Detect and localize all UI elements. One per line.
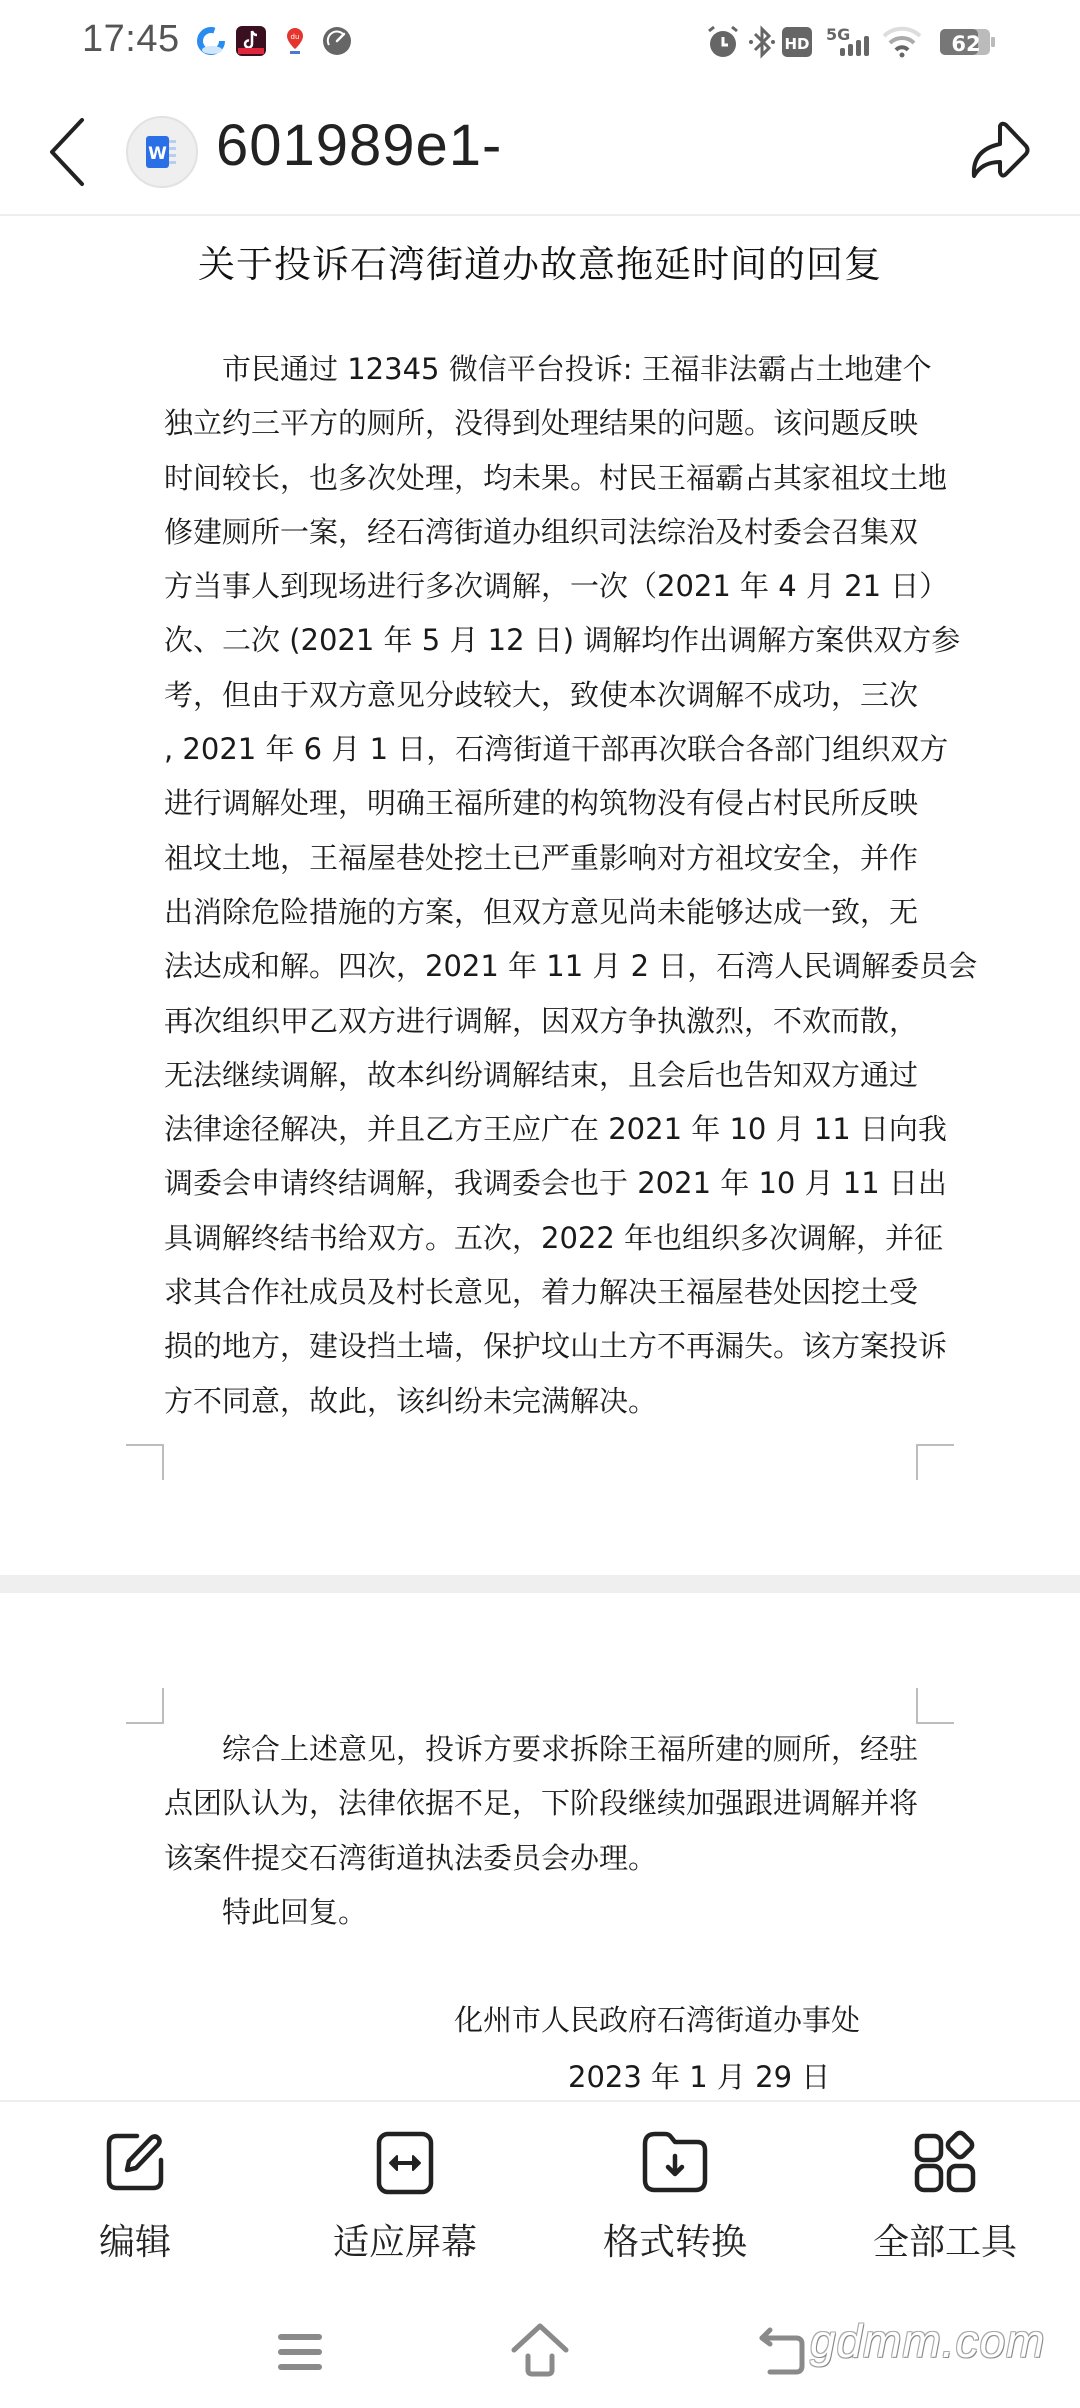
word-file-icon: W <box>126 116 198 188</box>
text-line: 独立约三平方的厕所，没得到处理结果的问题。该问题反映 <box>164 396 916 450</box>
text-line: 综合上述意见，投诉方要求拆除王福所建的厕所，经驻 <box>164 1722 916 1776</box>
all-tools-icon <box>913 2130 977 2194</box>
text-line: 祖坟土地，王福屋巷处挖土已严重影响对方祖坟安全，并作 <box>164 831 916 885</box>
format-convert-label: 格式转换 <box>540 2214 810 2265</box>
back-icon <box>752 2322 816 2382</box>
format-convert-icon <box>641 2130 709 2194</box>
recent-apps-button[interactable] <box>268 2322 332 2382</box>
page-margin-mark <box>916 1444 954 1480</box>
share-button[interactable] <box>958 110 1038 190</box>
text-line: 法达成和解。四次，2021 年 11 月 2 日，石湾人民调解委员会 <box>164 939 916 993</box>
wifi-icon <box>882 24 922 60</box>
bluetooth-icon <box>748 24 776 60</box>
paragraph-1: 市民通过 12345 微信平台投诉: 王福非法霸占土地建个 独立约三平方的厕所，… <box>164 342 916 1428</box>
alarm-icon <box>706 24 740 60</box>
text-line: 无法继续调解，故本纠纷调解结束，且会后也告知双方通过 <box>164 1048 916 1102</box>
text-line: 再次组织甲乙双方进行调解，因双方争执激烈，不欢而散， <box>164 994 916 1048</box>
chevron-left-icon <box>40 112 100 192</box>
document-heading: 关于投诉石湾街道办故意拖延时间的回复 <box>0 234 1080 288</box>
text-line: 方当事人到现场进行多次调解，一次（2021 年 4 月 21 日） <box>164 559 916 613</box>
text-line: 具调解终结书给双方。五次，2022 年也组织多次调解，并征 <box>164 1211 916 1265</box>
text-line: 方不同意，故此，该纠纷未完满解决。 <box>164 1374 916 1428</box>
text-line: , 2021 年 6 月 1 日，石湾街道干部再次联合各部门组织双方 <box>164 722 916 776</box>
page-margin-mark <box>916 1688 954 1724</box>
page-break <box>0 1575 1080 1593</box>
watermark: gdmm.com <box>810 2314 1045 2368</box>
menu-icon <box>268 2322 332 2382</box>
edit-label: 编辑 <box>0 2214 270 2265</box>
svg-text:HD: HD <box>784 35 809 53</box>
home-icon <box>508 2322 572 2382</box>
share-icon <box>958 110 1038 190</box>
document-title: 601989e1- <box>216 112 502 179</box>
system-nav-bar: gdmm.com <box>0 2296 1080 2408</box>
fit-screen-icon <box>375 2130 435 2196</box>
paragraph-2: 综合上述意见，投诉方要求拆除王福所建的厕所，经驻 点团队认为，法律依据不足，下阶… <box>164 1722 916 1939</box>
back-button[interactable] <box>40 112 100 192</box>
hd-icon: HD <box>782 24 812 60</box>
text-line: 市民通过 12345 微信平台投诉: 王福非法霸占土地建个 <box>164 342 916 396</box>
signature-date: 2023 年 1 月 29 日 <box>568 2055 830 2096</box>
svg-text:du: du <box>291 33 300 41</box>
all-tools-label: 全部工具 <box>810 2214 1080 2265</box>
baidu-map-icon: du <box>280 26 310 56</box>
home-button[interactable] <box>508 2322 572 2382</box>
text-line: 时间较长，也多次处理，均未果。村民王福霸占其家祖坟土地 <box>164 451 916 505</box>
text-line: 次、二次 (2021 年 5 月 12 日) 调解均作出调解方案供双方参 <box>164 613 916 667</box>
format-convert-button[interactable]: 格式转换 <box>540 2102 810 2296</box>
signature-organization: 化州市人民政府石湾街道办事处 <box>454 1998 860 2039</box>
status-time: 17:45 <box>82 18 180 61</box>
text-line: 法律途径解决，并且乙方王应广在 2021 年 10 月 11 日向我 <box>164 1102 916 1156</box>
document-view[interactable]: 关于投诉石湾街道办故意拖延时间的回复 市民通过 12345 微信平台投诉: 王福… <box>0 218 1080 2100</box>
fit-screen-label: 适应屏幕 <box>270 2214 540 2265</box>
browser-icon <box>196 26 226 56</box>
text-line: 出消除危险措施的方案，但双方意见尚未能够达成一致，无 <box>164 885 916 939</box>
tiktok-icon <box>236 26 266 56</box>
5g-signal-icon: 5G <box>826 24 876 60</box>
edit-icon <box>103 2130 167 2194</box>
closing-text: 特此回复。 <box>164 1885 916 1939</box>
bottom-toolbar: 编辑 适应屏幕 格式转换 全部工具 <box>0 2100 1080 2296</box>
status-bar: 17:45 du HD 5G 62 <box>0 0 1080 88</box>
text-line: 进行调解处理，明确王福所建的构筑物没有侵占村民所反映 <box>164 776 916 830</box>
battery-icon: 62 <box>940 24 996 60</box>
svg-text:5G: 5G <box>826 25 850 44</box>
text-line: 求其合作社成员及村长意见，着力解决王福屋巷处因挖土受 <box>164 1265 916 1319</box>
text-line: 修建厕所一案，经石湾街道办组织司法综治及村委会召集双 <box>164 505 916 559</box>
back-nav-button[interactable] <box>752 2322 816 2382</box>
text-line: 调委会申请终结调解，我调委会也于 2021 年 10 月 11 日出 <box>164 1156 916 1210</box>
svg-text:62: 62 <box>951 32 980 56</box>
text-line: 点团队认为，法律依据不足，下阶段继续加强跟进调解并将 <box>164 1776 916 1830</box>
text-line: 该案件提交石湾街道执法委员会办理。 <box>164 1831 916 1885</box>
text-line: 损的地方，建设挡土墙，保护坟山土方不再漏失。该方案投诉 <box>164 1319 916 1373</box>
page-margin-mark <box>126 1688 164 1724</box>
edit-button[interactable]: 编辑 <box>0 2102 270 2296</box>
text-line: 考，但由于双方意见分歧较大，致使本次调解不成功，三次 <box>164 668 916 722</box>
svg-text:W: W <box>148 144 167 164</box>
page-margin-mark <box>126 1444 164 1480</box>
speedometer-icon <box>322 26 352 56</box>
fit-screen-button[interactable]: 适应屏幕 <box>270 2102 540 2296</box>
all-tools-button[interactable]: 全部工具 <box>810 2102 1080 2296</box>
app-header: W 601989e1- <box>0 88 1080 216</box>
